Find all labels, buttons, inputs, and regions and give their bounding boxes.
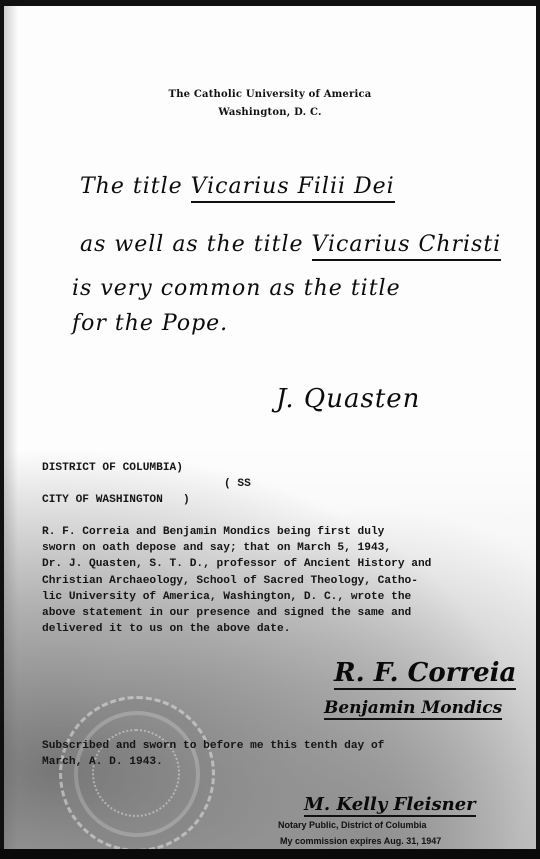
jurat-line-1: Subscribed and sworn to before me this t… (42, 738, 384, 754)
affidavit-line: lic University of America, Washington, D… (42, 589, 431, 605)
handwritten-line-1: The title Vicarius Filii Dei (80, 174, 395, 199)
notary-signature: M. Kelly Fleisner (304, 794, 476, 817)
handwritten-line-4: for the Pope. (72, 311, 228, 336)
handwritten-line-3: is very common as the title (72, 276, 401, 301)
affidavit-line: delivered it to us on the above date. (42, 621, 431, 637)
letterhead-university: The Catholic University of America (4, 86, 536, 104)
handwritten-line-2: as well as the title Vicarius Christi (80, 232, 501, 257)
affidavit-line: sworn on oath depose and say; that on Ma… (42, 540, 431, 556)
correia-signature: R. F. Correia (334, 658, 516, 690)
venue-district: DISTRICT OF COLUMBIA) (42, 460, 183, 476)
quasten-signature: J. Quasten (276, 384, 420, 414)
affidavit-document: The Catholic University of America Washi… (4, 6, 536, 851)
letterhead: The Catholic University of America Washi… (4, 86, 536, 122)
underlined-title-vicarius-filii-dei: Vicarius Filii Dei (191, 174, 395, 203)
affidavit-line: above statement in our presence and sign… (42, 605, 431, 621)
affidavit-body: R. F. Correia and Benjamin Mondics being… (42, 524, 431, 637)
jurat-line-2: March, A. D. 1943. (42, 754, 163, 770)
letterhead-city: Washington, D. C. (4, 104, 536, 122)
underlined-title-vicarius-christi: Vicarius Christi (312, 232, 502, 261)
notary-commission: My commission expires Aug. 31, 1947 (280, 836, 441, 846)
venue-ss: ( SS (224, 476, 251, 492)
affidavit-line: Dr. J. Quasten, S. T. D., professor of A… (42, 556, 431, 572)
scan-border (0, 849, 540, 859)
venue-city: CITY OF WASHINGTON ) (42, 492, 190, 508)
notary-seal (59, 696, 215, 851)
notary-title: Notary Public, District of Columbia (278, 820, 427, 830)
affidavit-line: R. F. Correia and Benjamin Mondics being… (42, 524, 431, 540)
mondics-signature: Benjamin Mondics (324, 698, 502, 720)
affidavit-line: Christian Archaeology, School of Sacred … (42, 573, 431, 589)
